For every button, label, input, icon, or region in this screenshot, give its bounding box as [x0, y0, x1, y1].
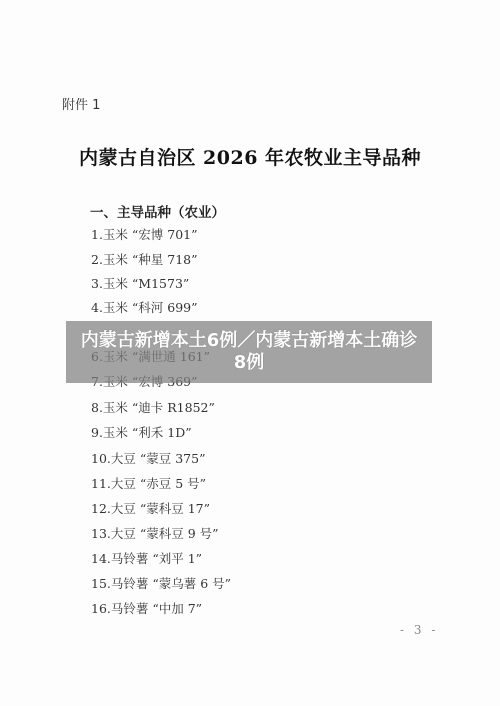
- list-item: 9.玉米 “利禾 1D”: [91, 423, 192, 441]
- list-item: 8.玉米 “迪卡 R1852”: [91, 398, 215, 416]
- headline-overlay-banner: 内蒙古新增本土6例／内蒙古新增本土确诊8例: [66, 321, 432, 383]
- headline-text: 内蒙古新增本土6例／内蒙古新增本土确诊8例: [79, 330, 419, 374]
- list-item: 3.玉米 “M1573”: [91, 274, 189, 292]
- list-item: 14.马铃薯 “刘平 1”: [91, 549, 202, 567]
- section-heading: 一、主导品种（农业）: [90, 201, 225, 221]
- list-item: 2.玉米 “种星 718”: [91, 250, 198, 268]
- list-item: 15.马铃薯 “蒙乌薯 6 号”: [91, 574, 231, 592]
- list-item: 4.玉米 “科河 699”: [91, 298, 198, 316]
- list-item: 13.大豆 “蒙科豆 9 号”: [91, 524, 219, 542]
- list-item: 10.大豆 “蒙豆 375”: [91, 449, 205, 467]
- list-item: 16.马铃薯 “中加 7”: [91, 599, 202, 617]
- page-number: - 3 -: [400, 623, 438, 637]
- document-title: 内蒙古自治区 2026 年农牧业主导品种: [0, 143, 500, 170]
- list-item: 11.大豆 “赤豆 5 号”: [91, 474, 206, 492]
- list-item: 12.大豆 “蒙科豆 17”: [91, 499, 210, 517]
- attachment-label: 附件 1: [62, 94, 100, 113]
- list-item: 1.玉米 “宏博 701”: [91, 225, 198, 243]
